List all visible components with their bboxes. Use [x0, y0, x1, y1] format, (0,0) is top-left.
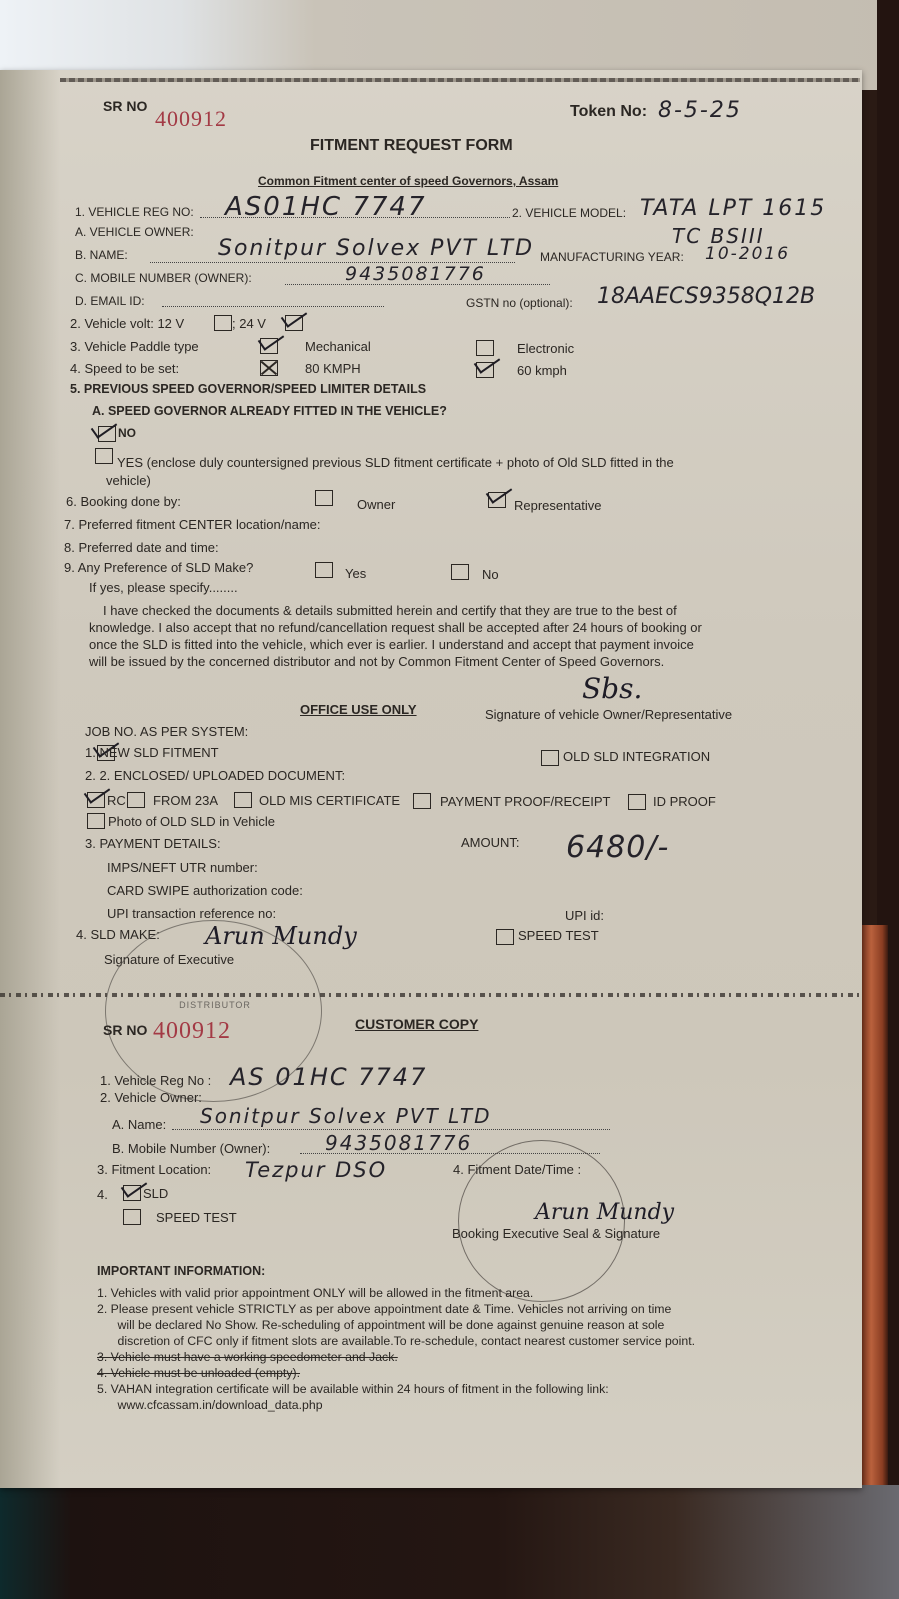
speed-test-checkbox[interactable]	[496, 929, 514, 945]
prev-yes-checkbox[interactable]	[95, 448, 113, 464]
booking-owner-label: Owner	[357, 497, 395, 512]
cc-name-value: Sonitpur Solvex PVT LTD	[200, 1104, 492, 1128]
declaration: I have checked the documents & details s…	[89, 602, 789, 670]
make-pref-yes-checkbox[interactable]	[315, 562, 333, 578]
form-title: FITMENT REQUEST FORM	[310, 137, 513, 155]
enclosed-label: 2. 2. ENCLOSED/ UPLOADED DOCUMENT:	[85, 768, 345, 783]
prev-governor-heading: 5. PREVIOUS SPEED GOVERNOR/SPEED LIMITER…	[70, 382, 426, 396]
vehicle-model-label: 2. VEHICLE MODEL:	[512, 206, 626, 220]
token-label: Token No:	[570, 103, 647, 121]
cc-mobile-label: B. Mobile Number (Owner):	[112, 1141, 270, 1156]
paddle-mechanical-label: Mechanical	[305, 339, 371, 354]
doc-23a-checkbox[interactable]	[127, 792, 145, 808]
email-label: D. EMAIL ID:	[75, 294, 145, 308]
cc-owner-label: 2. Vehicle Owner:	[100, 1090, 202, 1105]
seal-label: Booking Executive Seal & Signature	[452, 1226, 660, 1241]
cc-location-value: Tezpur DSO	[245, 1158, 387, 1182]
volt-12-checkbox[interactable]	[214, 315, 232, 331]
doc-mis-label: OLD MIS CERTIFICATE	[259, 793, 400, 808]
date-label: 8. Preferred date and time:	[64, 540, 219, 555]
important-item: 1. Vehicles with valid prior appointment…	[97, 1285, 817, 1301]
important-item: 2. Please present vehicle STRICTLY as pe…	[97, 1301, 817, 1317]
make-pref-label: 9. Any Preference of SLD Make?	[64, 560, 253, 575]
important-item: 5. VAHAN integration certificate will be…	[97, 1381, 817, 1397]
sr-number: 400912	[155, 106, 227, 132]
paddle-type-label: 3. Vehicle Paddle type	[70, 339, 199, 354]
gstn-label: GSTN no (optional):	[466, 296, 573, 310]
vehicle-reg-label: 1. VEHICLE REG NO:	[75, 205, 194, 219]
declaration-line: once the SLD is fitted into the vehicle,…	[89, 636, 789, 653]
upi-id-label: UPI id:	[565, 908, 604, 923]
prev-governor-question: A. SPEED GOVERNOR ALREADY FITTED IN THE …	[92, 404, 447, 418]
doc-mis-checkbox[interactable]	[234, 792, 252, 808]
form-subtitle: Common Fitment center of speed Governors…	[258, 174, 558, 188]
doc-photo-checkbox[interactable]	[87, 813, 105, 829]
cc-mobile-value: 9435081776	[325, 1131, 472, 1155]
sr-label: SR NO	[103, 98, 147, 114]
mfg-year-label: MANUFACTURING YEAR:	[540, 250, 684, 264]
doc-id-checkbox[interactable]	[628, 794, 646, 810]
volt-24-label: ; 24 V	[232, 316, 266, 331]
prev-yes-label: YES (enclose duly countersigned previous…	[117, 455, 674, 470]
declaration-line: knowledge. I also accept that no refund/…	[89, 619, 789, 636]
customer-copy-title: CUSTOMER COPY	[355, 1016, 478, 1032]
doc-id-label: ID PROOF	[653, 794, 716, 809]
cc-sld-label: SLD	[143, 1186, 168, 1201]
token-value: 8-5-25	[658, 98, 742, 123]
wooden-rod	[860, 925, 888, 1485]
stamp-text: DISTRIBUTOR	[155, 1000, 275, 1010]
vehicle-owner-label: A. VEHICLE OWNER:	[75, 225, 194, 239]
declaration-line: will be issued by the concerned distribu…	[89, 653, 789, 670]
volt-label: 2. Vehicle volt: 12 V	[70, 316, 184, 331]
cc-item4-label: 4.	[97, 1187, 108, 1202]
important-item: 3. Vehicle must have a working speedomet…	[97, 1349, 817, 1365]
amount-label: AMOUNT:	[461, 835, 520, 850]
new-sld-label: 1. NEW SLD FITMENT	[85, 745, 219, 760]
cc-speed-test-checkbox[interactable]	[123, 1209, 141, 1225]
owner-signature: Sbs.	[582, 672, 642, 705]
binding-edge	[60, 78, 860, 82]
card-swipe-label: CARD SWIPE authorization code:	[107, 883, 303, 898]
important-item: will be declared No Show. Re-scheduling …	[97, 1317, 817, 1333]
cc-reg-label: 1. Vehicle Reg No :	[100, 1073, 211, 1088]
office-use-heading: OFFICE USE ONLY	[300, 702, 417, 717]
important-title: IMPORTANT INFORMATION:	[97, 1264, 265, 1278]
make-pref-specify: If yes, please specify........	[89, 580, 238, 595]
mfg-year-value: 10-2016	[705, 244, 790, 264]
gstn-value: 18AAECS9358Q12B	[597, 284, 815, 309]
paper-shadow	[0, 70, 60, 1488]
cc-name-dotted-line	[172, 1129, 610, 1130]
speed-label: 4. Speed to be set:	[70, 361, 179, 376]
prev-yes-label-cont: vehicle)	[106, 473, 151, 488]
declaration-line: I have checked the documents & details s…	[89, 602, 789, 619]
booking-owner-checkbox[interactable]	[315, 490, 333, 506]
important-list: 1. Vehicles with valid prior appointment…	[97, 1285, 817, 1413]
paddle-electronic-label: Electronic	[517, 341, 574, 356]
owner-name-value: Sonitpur Solvex PVT LTD	[218, 236, 534, 261]
cc-sr-label: SR NO	[103, 1022, 147, 1038]
make-pref-no-checkbox[interactable]	[451, 564, 469, 580]
vehicle-model-value: TATA LPT 1615	[640, 196, 826, 221]
floor-background	[0, 1485, 899, 1599]
prev-no-label: NO	[118, 426, 136, 440]
important-link: www.cfcassam.in/download_data.php	[97, 1397, 817, 1413]
cc-location-label: 3. Fitment Location:	[97, 1162, 211, 1177]
center-label: 7. Preferred fitment CENTER location/nam…	[64, 517, 321, 532]
cc-sr-number: 400912	[153, 1018, 231, 1045]
cc-executive-signature: Arun Mundy	[535, 1200, 674, 1225]
owner-name-label: B. NAME:	[75, 248, 128, 262]
doc-23a-label: FROM 23A	[153, 793, 218, 808]
imps-label: IMPS/NEFT UTR number:	[107, 860, 258, 875]
perforation-line	[0, 993, 862, 997]
cc-reg-value: AS 01HC 7747	[230, 1063, 427, 1091]
important-item: discretion of CFC only if fitment slots …	[97, 1333, 817, 1349]
payment-label: 3. PAYMENT DETAILS:	[85, 836, 221, 851]
doc-payment-checkbox[interactable]	[413, 793, 431, 809]
doc-rc-label: RC	[107, 793, 126, 808]
speed-80-checkbox[interactable]	[260, 360, 278, 376]
vehicle-reg-value: AS01HC 7747	[225, 192, 427, 222]
mobile-label: C. MOBILE NUMBER (OWNER):	[75, 271, 252, 285]
email-dotted-line	[162, 306, 384, 307]
make-pref-yes-label: Yes	[345, 566, 366, 581]
booking-rep-label: Representative	[514, 498, 601, 513]
cc-name-label: A. Name:	[112, 1117, 166, 1132]
old-sld-checkbox[interactable]	[541, 750, 559, 766]
speed-80-label: 80 KMPH	[305, 361, 361, 376]
important-item: 4. Vehicle must be unloaded (empty).	[97, 1365, 817, 1381]
cc-speed-test-label: SPEED TEST	[156, 1210, 237, 1225]
amount-value: 6480/-	[566, 830, 669, 865]
speed-test-label: SPEED TEST	[518, 928, 599, 943]
booking-label: 6. Booking done by:	[66, 494, 181, 509]
upi-ref-label: UPI transaction reference no:	[107, 906, 276, 921]
speed-60-label: 60 kmph	[517, 363, 567, 378]
doc-payment-label: PAYMENT PROOF/RECEIPT	[440, 794, 610, 809]
old-sld-label: OLD SLD INTEGRATION	[563, 749, 710, 764]
signature-owner-label: Signature of vehicle Owner/Representativ…	[485, 707, 732, 722]
doc-photo-label: Photo of OLD SLD in Vehicle	[108, 814, 275, 829]
make-pref-no-label: No	[482, 567, 499, 582]
mobile-value: 9435081776	[345, 263, 486, 285]
